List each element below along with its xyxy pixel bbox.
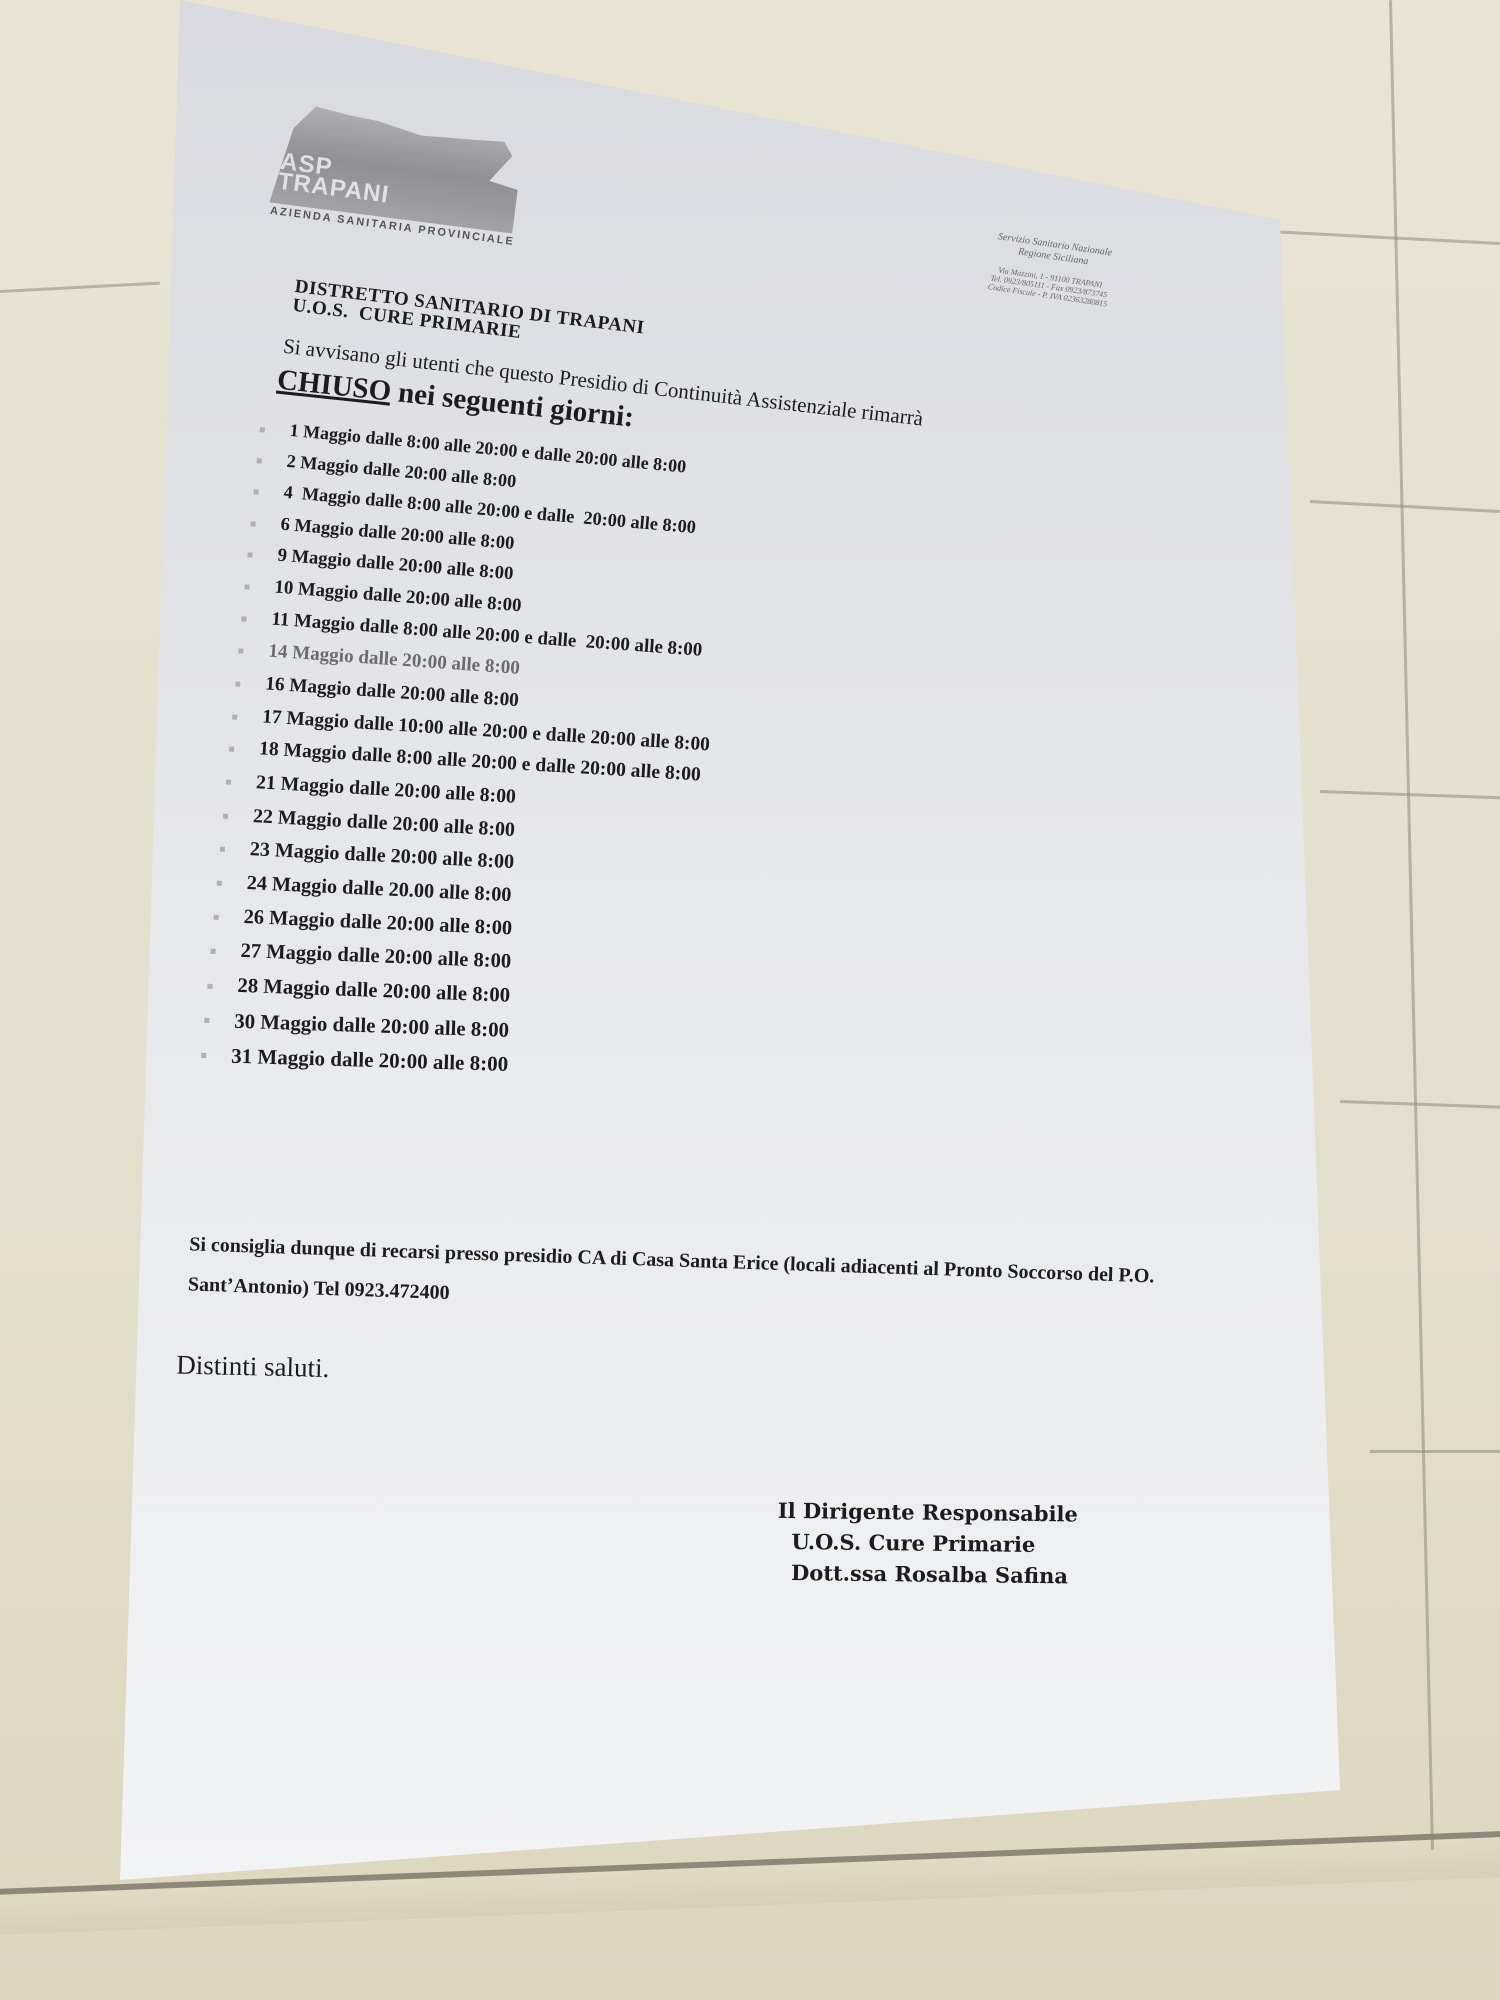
wall-tile-line	[1370, 1450, 1500, 1453]
wall-edge	[1389, 0, 1434, 1850]
bullet-icon	[201, 1053, 206, 1058]
signature-block: Il Dirigente Responsabile U.O.S. Cure Pr…	[777, 1495, 1078, 1592]
wall-tile-line	[0, 282, 160, 293]
wall-tile-line	[1340, 1100, 1500, 1109]
wall-tile-line	[1310, 500, 1500, 513]
closure-list: 1 Maggio dalle 8:00 alle 20:00 e dalle 2…	[246, 419, 709, 1089]
bullet-icon	[247, 552, 252, 557]
bullet-icon	[214, 915, 219, 920]
bullet-icon	[204, 1018, 209, 1023]
bullet-icon	[232, 714, 237, 719]
bullet-icon	[260, 427, 265, 432]
bullet-icon	[250, 521, 255, 526]
bullet-icon	[238, 649, 243, 654]
signature-unit: U.O.S. Cure Primarie	[777, 1526, 1077, 1561]
bullet-icon	[226, 780, 231, 785]
bullet-icon	[229, 747, 234, 752]
bullet-icon	[244, 584, 249, 589]
signature-name: Dott.ssa Rosalba Safina	[777, 1557, 1077, 1592]
bullet-icon	[210, 949, 215, 954]
wall-tile-line	[1270, 230, 1500, 245]
bullet-icon	[217, 881, 222, 886]
bullet-icon	[220, 847, 225, 852]
bullet-icon	[241, 616, 246, 621]
bullet-icon	[223, 813, 228, 818]
bullet-icon	[253, 489, 258, 494]
bullet-icon	[235, 681, 240, 686]
bullet-icon	[256, 458, 261, 463]
bullet-icon	[207, 983, 212, 988]
signature-title: Il Dirigente Responsabile	[778, 1495, 1078, 1530]
greeting: Distinti saluti.	[176, 1350, 330, 1384]
